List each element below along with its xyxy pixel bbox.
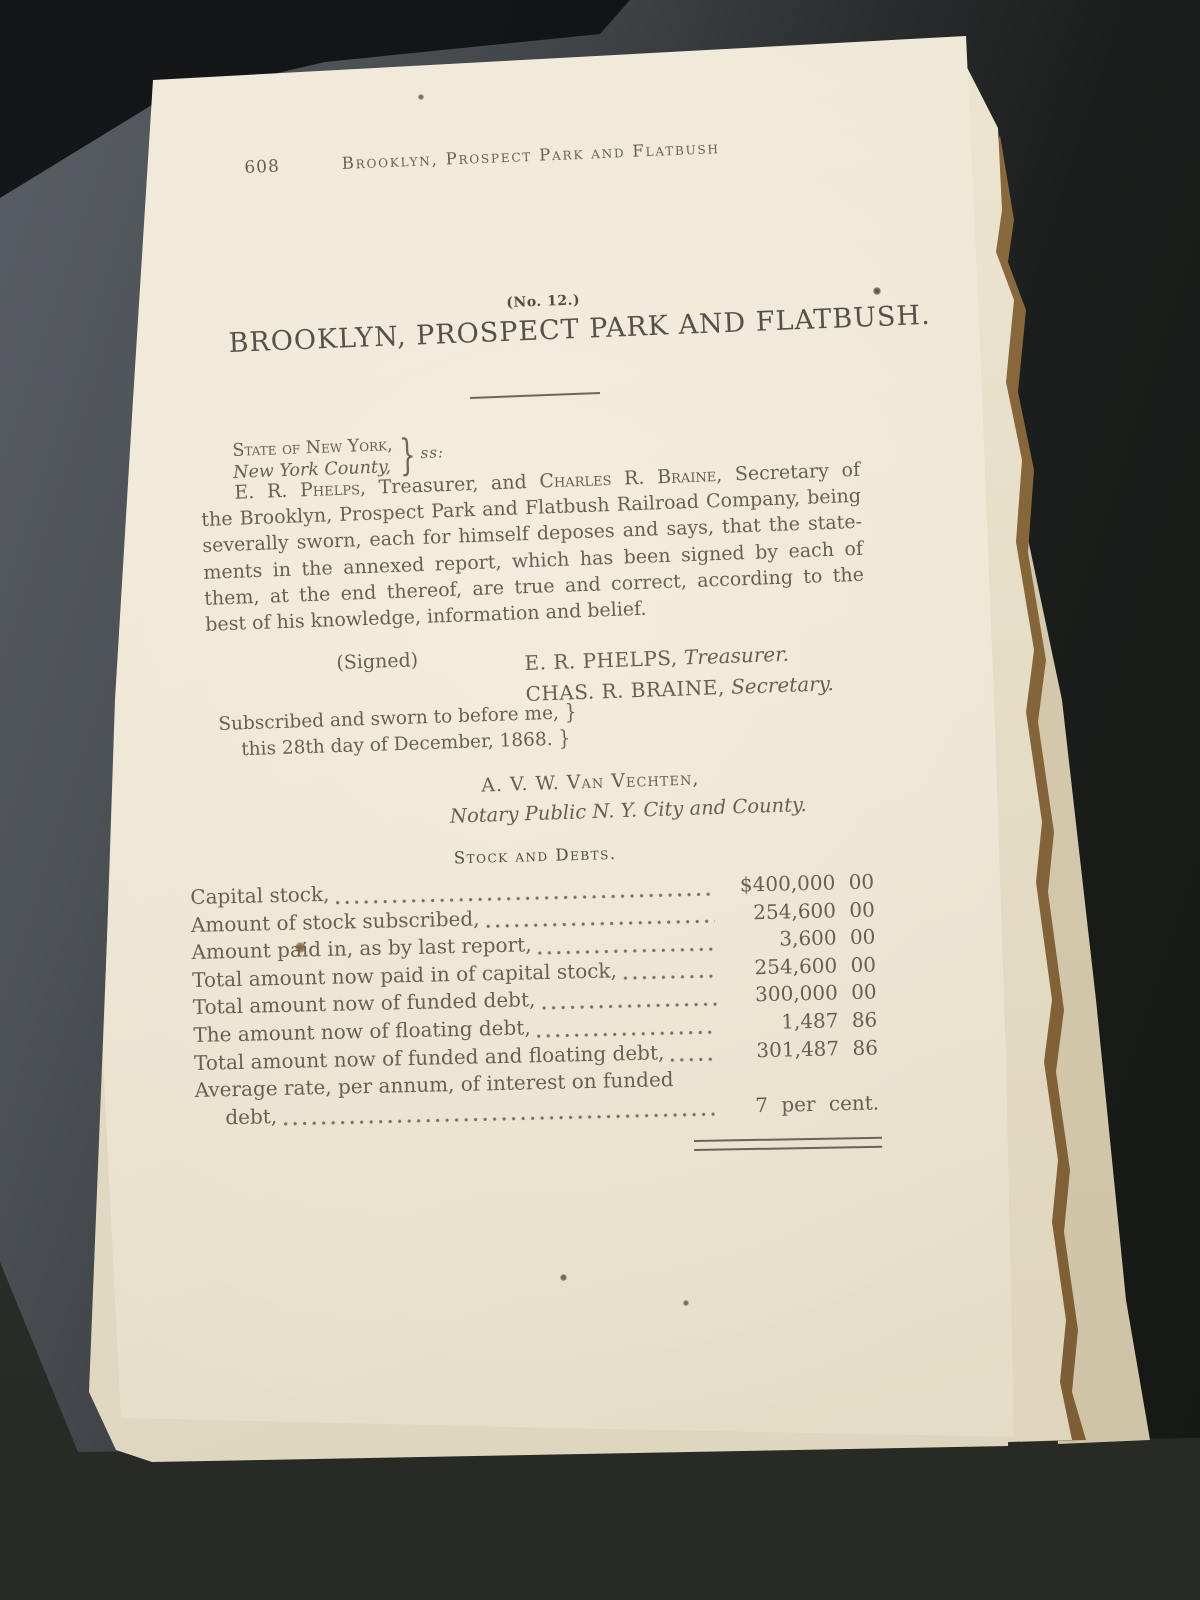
affidavit-text: Treasurer, and bbox=[366, 471, 540, 499]
affidavit-text: E. R. Phelps, bbox=[234, 477, 366, 504]
row-amount: 3,600 00 bbox=[723, 924, 876, 955]
signatory-name: E. R. PHELPS, bbox=[524, 646, 678, 675]
signatory-title: Secretary. bbox=[731, 671, 834, 699]
dot-leader bbox=[541, 1001, 716, 1011]
row-amount: 7 per cent. bbox=[727, 1089, 880, 1120]
paper-stain bbox=[873, 287, 881, 295]
row-label: Capital stock, bbox=[190, 881, 330, 912]
row-amount: 1,487 86 bbox=[725, 1006, 878, 1037]
photo-scene: 608 Brooklyn, Prospect Park and Flatbush… bbox=[0, 0, 1200, 1600]
row-amount: 254,600 00 bbox=[722, 896, 875, 927]
row-label: debt, bbox=[225, 1103, 277, 1132]
brace-glyph: } bbox=[399, 442, 416, 470]
paper-stain bbox=[683, 1300, 689, 1306]
row-amount: 301,487 86 bbox=[726, 1034, 879, 1065]
paper-stain bbox=[295, 942, 306, 953]
stock-and-debts-table: Capital stock,$400,000 00Amount of stock… bbox=[190, 868, 879, 1132]
brace-glyph: } bbox=[558, 724, 571, 754]
row-amount: 300,000 00 bbox=[724, 979, 877, 1010]
signatory-title: Treasurer. bbox=[684, 642, 790, 670]
paper-stain bbox=[418, 94, 424, 100]
page-number: 608 bbox=[244, 157, 280, 178]
ss-abbreviation: ss: bbox=[420, 441, 444, 464]
paper-stain bbox=[560, 1274, 567, 1281]
signed-label: (Signed) bbox=[336, 649, 418, 674]
dot-leader bbox=[670, 1056, 718, 1063]
affidavit-paragraph: E. R. Phelps, Treasurer, and Charles R. … bbox=[200, 457, 865, 638]
affidavit-text: Secretary of bbox=[722, 459, 861, 486]
dot-leader bbox=[537, 1029, 718, 1039]
row-amount: $400,000 00 bbox=[722, 868, 875, 899]
dot-leader bbox=[623, 973, 716, 981]
dot-leader bbox=[538, 946, 716, 956]
row-amount: 254,600 00 bbox=[724, 951, 877, 982]
